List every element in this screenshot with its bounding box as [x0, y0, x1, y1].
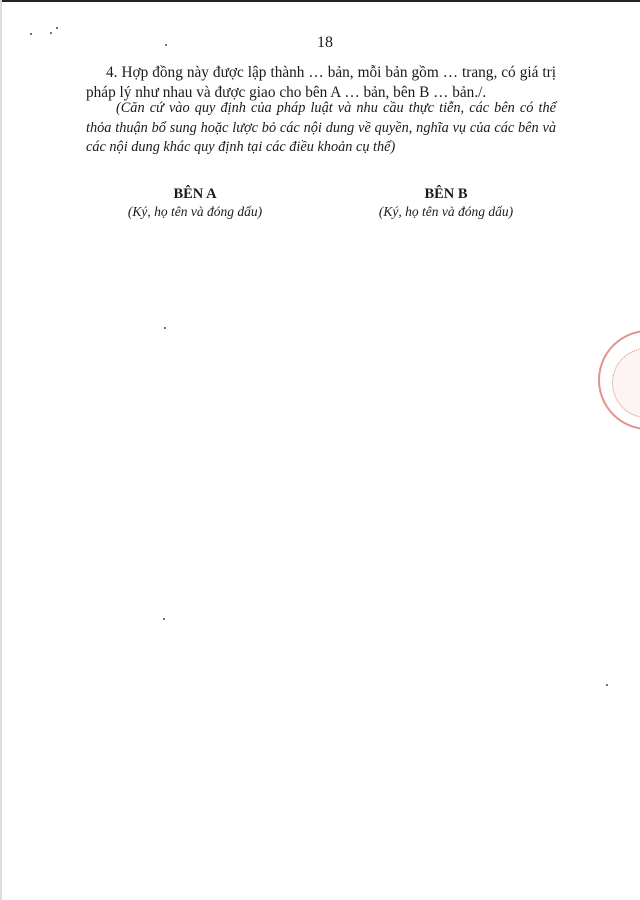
- scan-speck: [50, 32, 52, 34]
- party-b-instruction: (Ký, họ tên và đóng dấu): [336, 203, 556, 220]
- page-number: 18: [0, 34, 640, 52]
- clause-4-paragraph: 4. Hợp đồng này được lập thành … bản, mỗ…: [86, 63, 556, 103]
- scan-speck: [56, 27, 58, 29]
- scan-top-edge: [0, 0, 640, 2]
- party-a-instruction: (Ký, họ tên và đóng dấu): [85, 203, 305, 220]
- scan-speck: [164, 327, 166, 329]
- party-b-title: BÊN B: [336, 185, 556, 203]
- scan-speck: [30, 33, 32, 35]
- signature-block-party-a: BÊN A (Ký, họ tên và đóng dấu): [85, 185, 305, 220]
- scan-speck: [163, 618, 165, 620]
- party-a-title: BÊN A: [85, 185, 305, 203]
- scan-left-edge: [0, 0, 2, 900]
- note-paragraph: (Căn cứ vào quy định của pháp luật và nh…: [86, 99, 556, 158]
- scan-speck: [606, 684, 608, 686]
- signature-block-party-b: BÊN B (Ký, họ tên và đóng dấu): [336, 185, 556, 220]
- scan-speck: [165, 44, 167, 46]
